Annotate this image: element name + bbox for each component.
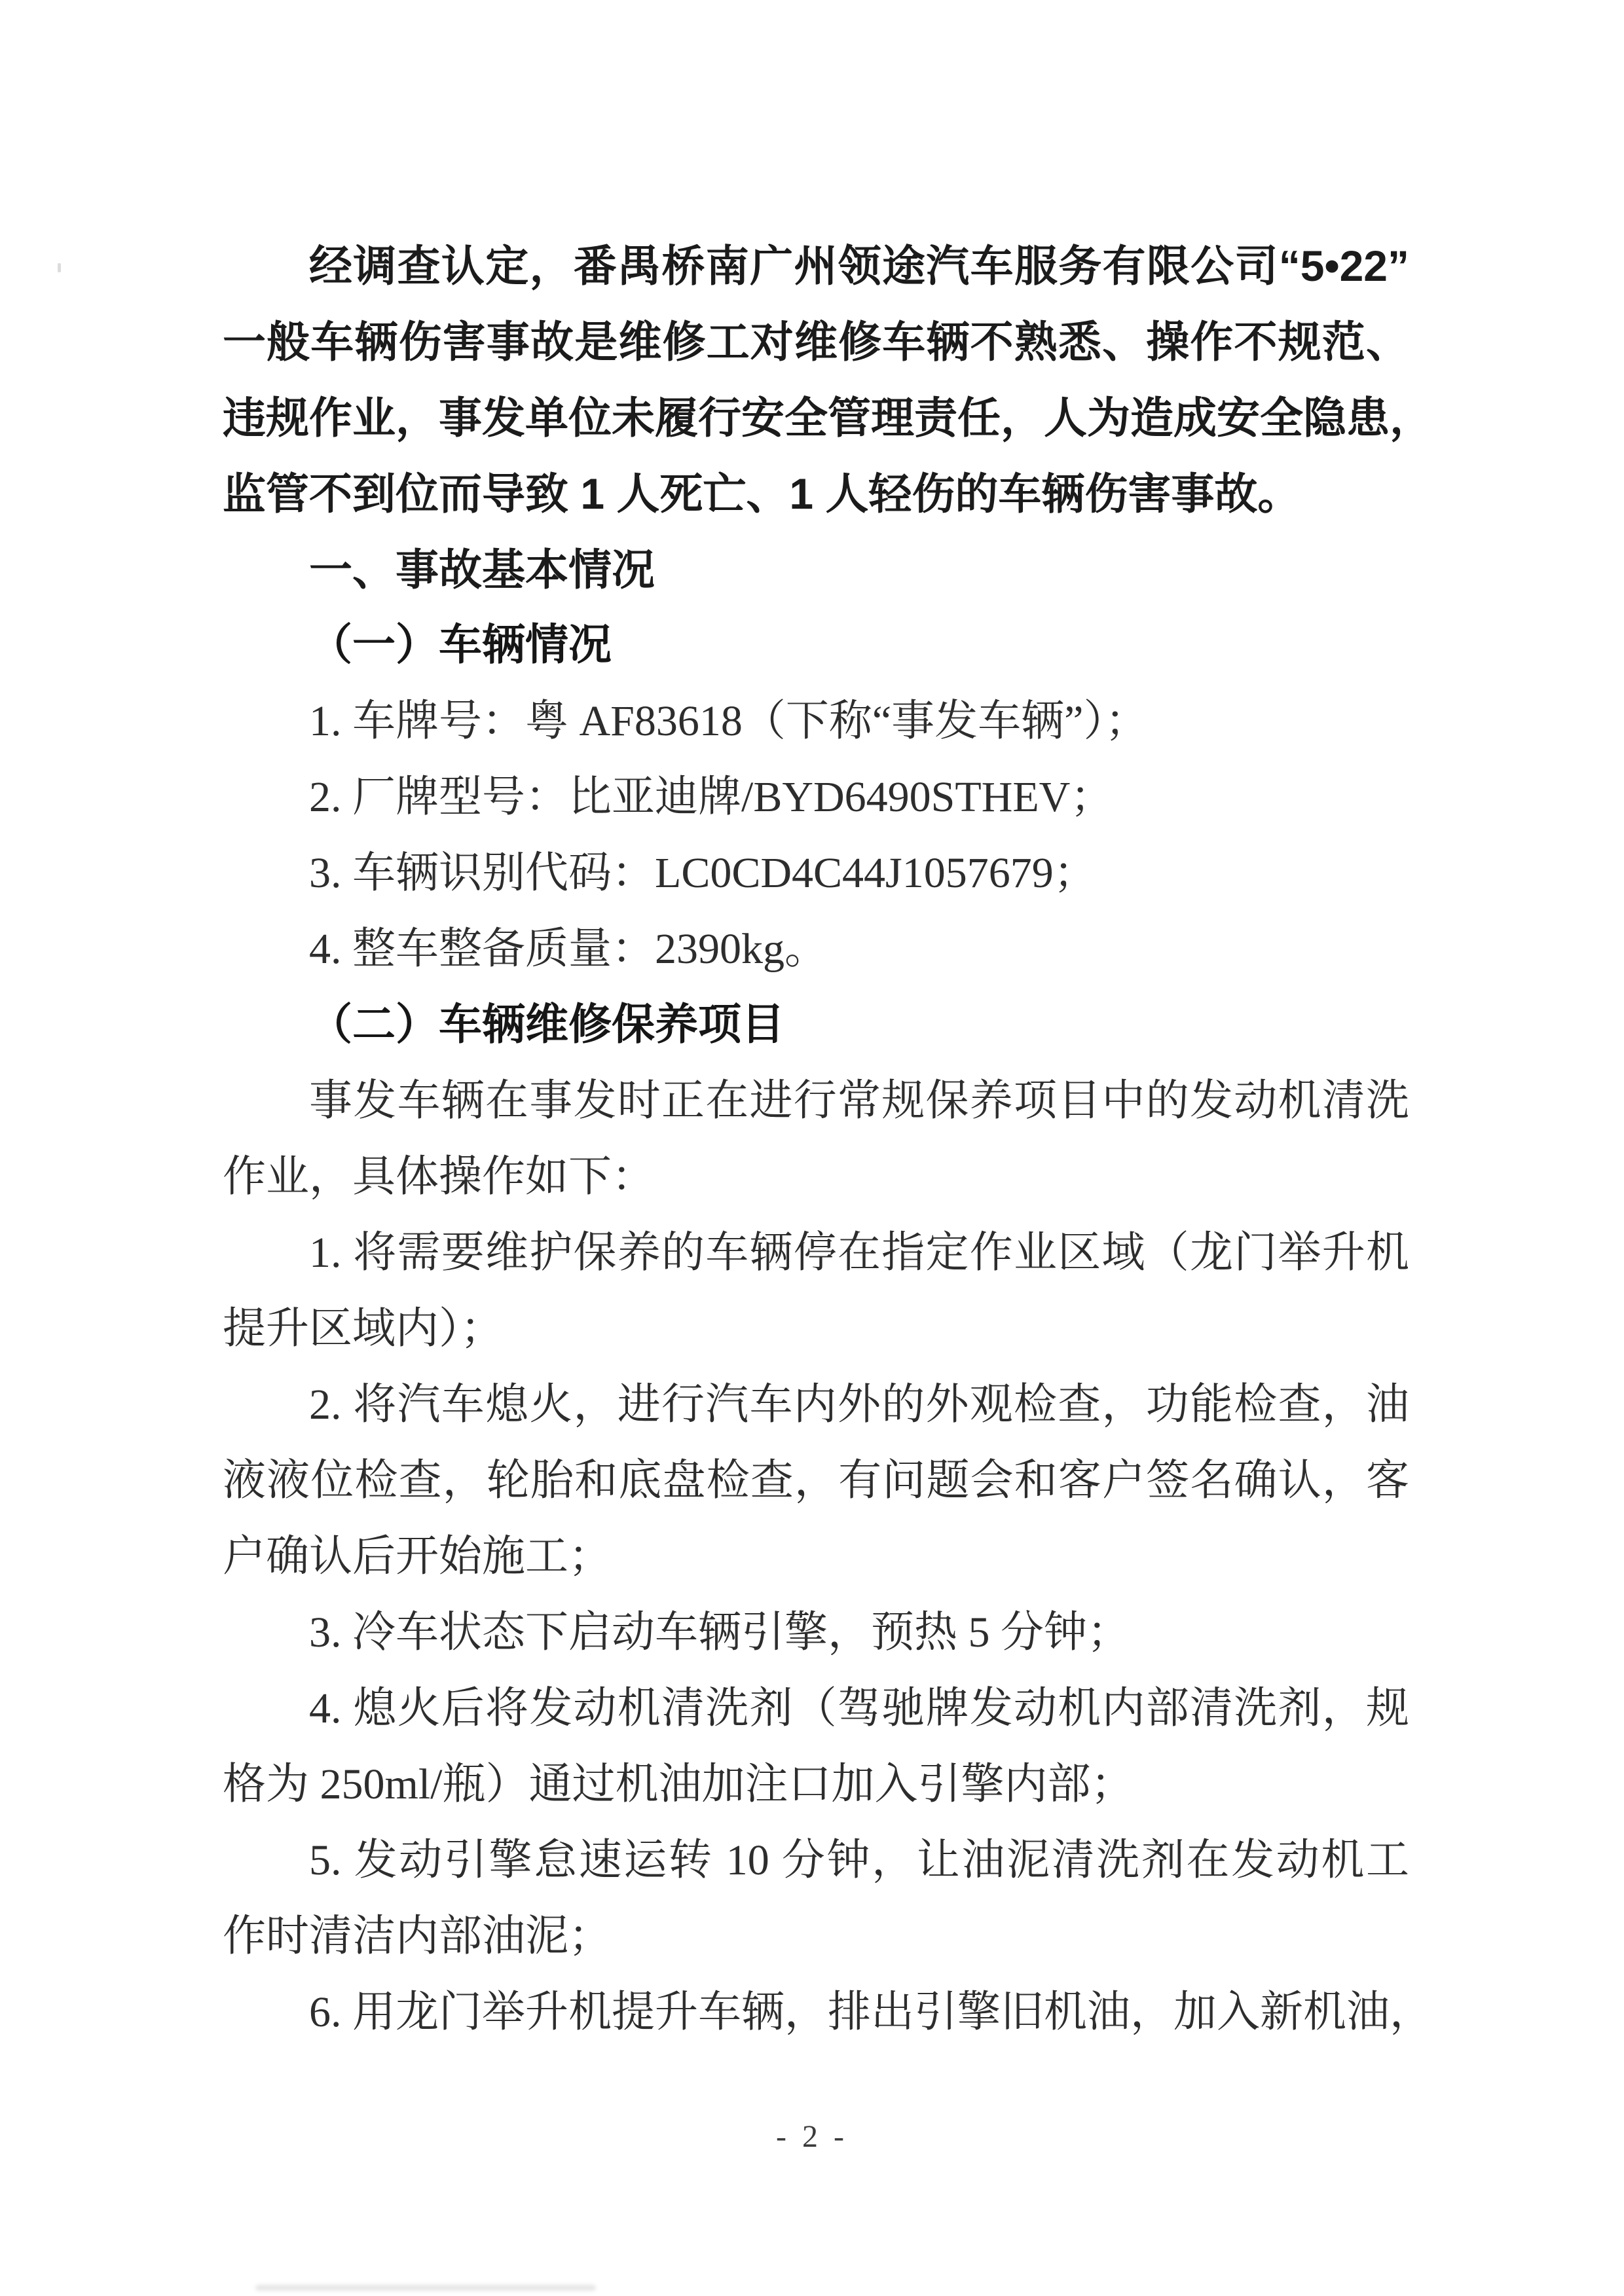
doc-line: 1. 车牌号：粤 AF83618（下称“事发车辆”）； [223, 683, 1409, 759]
doc-line: 3. 冷车状态下启动车辆引擎，预热 5 分钟； [223, 1595, 1409, 1671]
doc-line: 提升区域内）； [223, 1291, 1409, 1367]
page-number: - 2 - [0, 2121, 1624, 2153]
doc-line: 作时清洁内部油泥； [223, 1899, 1409, 1975]
doc-line: 户确认后开始施工； [223, 1519, 1409, 1595]
doc-line: （二）车辆维修保养项目 [223, 987, 1409, 1063]
doc-line: （一）车辆情况 [223, 608, 1409, 683]
doc-line: 4. 整车整备质量：2390kg。 [223, 911, 1409, 987]
scan-artifact-speck [58, 263, 61, 272]
doc-line: 一、事故基本情况 [223, 532, 1409, 608]
doc-line: 2. 厂牌型号：比亚迪牌/BYD6490STHEV； [223, 759, 1409, 835]
doc-line: 3. 车辆识别代码：LC0CD4C44J1057679； [223, 835, 1409, 911]
doc-line: 4. 熄火后将发动机清洗剂（驾驰牌发动机内部清洗剂，规 [223, 1671, 1409, 1747]
doc-line: 液液位检查，轮胎和底盘检查，有问题会和客户签名确认，客 [223, 1443, 1409, 1519]
doc-line: 1. 将需要维护保养的车辆停在指定作业区域（龙门举升机 [223, 1215, 1409, 1291]
doc-line: 经调查认定，番禺桥南广州领途汽车服务有限公司“5•22” [223, 228, 1409, 304]
doc-line: 事发车辆在事发时正在进行常规保养项目中的发动机清洗 [223, 1063, 1409, 1139]
doc-line: 格为 250ml/瓶）通过机油加注口加入引擎内部； [223, 1747, 1409, 1823]
doc-line: 6. 用龙门举升机提升车辆，排出引擎旧机油，加入新机油， [223, 1975, 1409, 2050]
scan-artifact-smudge [255, 2285, 596, 2291]
doc-line: 监管不到位而导致 1 人死亡、1 人轻伤的车辆伤害事故。 [223, 456, 1409, 532]
document-page: 经调查认定，番禺桥南广州领途汽车服务有限公司“5•22”一般车辆伤害事故是维修工… [0, 0, 1624, 2296]
doc-line: 作业，具体操作如下： [223, 1139, 1409, 1215]
doc-line: 一般车辆伤害事故是维修工对维修车辆不熟悉、操作不规范、 [223, 304, 1409, 380]
doc-line: 违规作业，事发单位未履行安全管理责任，人为造成安全隐患， [223, 380, 1409, 456]
document-body: 经调查认定，番禺桥南广州领途汽车服务有限公司“5•22”一般车辆伤害事故是维修工… [223, 228, 1409, 2050]
doc-line: 2. 将汽车熄火，进行汽车内外的外观检查，功能检查，油 [223, 1367, 1409, 1443]
doc-line: 5. 发动引擎怠速运转 10 分钟，让油泥清洗剂在发动机工 [223, 1823, 1409, 1899]
